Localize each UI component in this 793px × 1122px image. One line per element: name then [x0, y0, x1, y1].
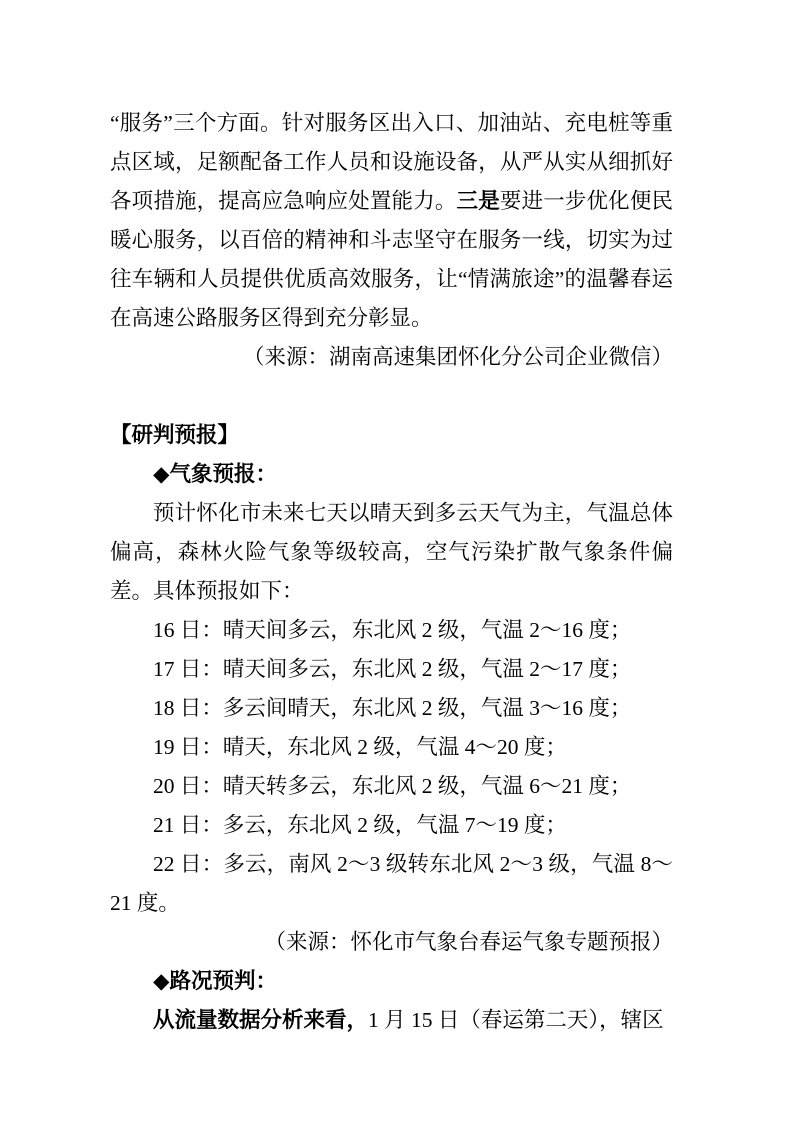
road-paragraph-bold-lead: 从流量数据分析来看，	[153, 1008, 368, 1032]
source-line-company: （来源：湖南高速集团怀化分公司企业微信）	[110, 338, 673, 377]
weather-intro-paragraph: 预计怀化市未来七天以晴天到多云天气为主，气温总体偏高，森林火险气象等级较高，空气…	[110, 494, 673, 611]
forecast-line-day16: 16 日：晴天间多云，东北风 2 级，气温 2～16 度；	[110, 611, 673, 650]
forecast-line-day19: 19 日：晴天，东北风 2 级，气温 4～20 度；	[110, 728, 673, 767]
road-condition-heading: ◆路况预判：	[110, 962, 673, 1001]
paragraph-service-bold-lead: 三是	[457, 189, 500, 213]
road-paragraph-rest: 1 月 15 日（春运第二天），辖区	[368, 1008, 664, 1032]
weather-forecast-heading: ◆气象预报：	[110, 455, 673, 494]
forecast-line-day17: 17 日：晴天间多云，东北风 2 级，气温 2～17 度；	[110, 650, 673, 689]
source-line-meteorology: （来源：怀化市气象台春运气象专题预报）	[110, 923, 673, 962]
forecast-line-day21: 21 日：多云，东北风 2 级，气温 7～19 度；	[110, 806, 673, 845]
forecast-line-day20: 20 日：晴天转多云，东北风 2 级，气温 6～21 度；	[110, 767, 673, 806]
forecast-line-day22: 22 日：多云，南风 2～3 级转东北风 2～3 级，气温 8～21 度。	[110, 845, 673, 923]
document-page: “服务”三个方面。针对服务区出入口、加油站、充电桩等重点区域，足额配备工作人员和…	[0, 0, 793, 1122]
section-heading-forecast: 【研判预报】	[110, 416, 673, 455]
forecast-line-day18: 18 日：多云间晴天，东北风 2 级，气温 3～16 度；	[110, 689, 673, 728]
paragraph-service-measures: “服务”三个方面。针对服务区出入口、加油站、充电桩等重点区域，足额配备工作人员和…	[110, 104, 673, 338]
blank-line	[110, 377, 673, 416]
road-condition-paragraph: 从流量数据分析来看，1 月 15 日（春运第二天），辖区	[110, 1001, 673, 1040]
